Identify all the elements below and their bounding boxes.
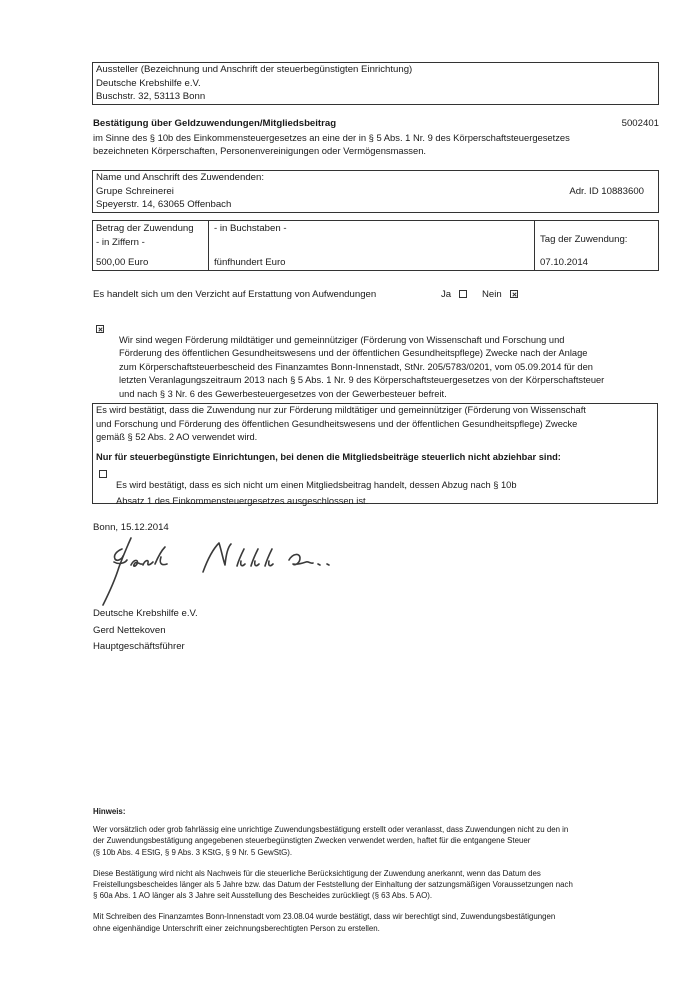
note-line: Mit Schreiben des Finanzamtes Bonn-Innen… xyxy=(93,911,663,922)
waiver-yes: Ja xyxy=(441,288,467,302)
membership-heading: Nur für steuerbegünstigte Einrichtungen,… xyxy=(96,451,657,465)
exemption-section: Wir sind wegen Förderung mildtätiger und… xyxy=(96,320,660,401)
issuer-address: Buschstr. 32, 53113 Bonn xyxy=(96,90,658,104)
note-line: der Zuwendungsbestätigung angegebenen st… xyxy=(93,835,663,846)
note-paragraph: Diese Bestätigung wird nicht als Nachwei… xyxy=(93,868,663,902)
amount-words-label: - in Buchstaben - xyxy=(214,222,287,236)
note-line: Freistellungsbescheides länger als 5 Jah… xyxy=(93,879,663,890)
note-line: § 60a Abs. 1 AO länger als 3 Jahre seit … xyxy=(93,890,663,901)
signature-organization: Deutsche Krebshilfe e.V. xyxy=(93,607,198,621)
exemption-checkbox[interactable] xyxy=(96,325,104,333)
signer-name: Gerd Nettekoven xyxy=(93,624,198,638)
donation-date-value: 07.10.2014 xyxy=(540,256,588,270)
column-divider xyxy=(208,221,209,270)
issuer-box: Aussteller (Bezeichnung und Anschrift de… xyxy=(92,62,659,105)
issuer-label: Aussteller (Bezeichnung und Anschrift de… xyxy=(96,63,658,77)
donor-label: Name und Anschrift des Zuwendenden: xyxy=(96,171,658,185)
waiver-no: Nein xyxy=(482,288,518,302)
waiver-no-label: Nein xyxy=(482,289,502,300)
donor-address-id: Adr. ID 10883600 xyxy=(569,185,644,199)
exemption-line: Wir sind wegen Förderung mildtätiger und… xyxy=(119,334,660,348)
exemption-line: letzten Veranlagungszeitraum 2013 nach §… xyxy=(119,374,660,388)
notes-heading: Hinweis: xyxy=(93,806,663,817)
heading-line-2: bezeichneten Körperschaften, Personenver… xyxy=(93,144,659,158)
exemption-line: zum Körperschaftsteuerbescheid des Finan… xyxy=(119,361,660,375)
signature-block: Deutsche Krebshilfe e.V. Gerd Nettekoven… xyxy=(93,607,198,654)
document-title: Bestätigung über Geldzuwendungen/Mitglie… xyxy=(93,117,659,131)
donor-address: Speyerstr. 14, 63065 Offenbach xyxy=(96,198,658,212)
exemption-line: Förderung des öffentlichen Gesundheitswe… xyxy=(119,347,660,361)
exemption-line: und nach § 3 Nr. 6 des Gewerbesteuergese… xyxy=(119,388,660,402)
donor-box: Name und Anschrift des Zuwendenden: Grup… xyxy=(92,170,659,213)
signer-role: Hauptgeschäftsführer xyxy=(93,640,198,654)
confirmation-line: und Forschung und Förderung des öffentli… xyxy=(96,418,657,432)
amount-digits-label-2: - in Ziffern - xyxy=(96,236,194,250)
note-line: Diese Bestätigung wird nicht als Nachwei… xyxy=(93,868,663,879)
place-date: Bonn, 15.12.2014 xyxy=(93,521,169,535)
confirmation-line: Es wird bestätigt, dass die Zuwendung nu… xyxy=(96,404,657,418)
note-paragraph: Wer vorsätzlich oder grob fahrlässig ein… xyxy=(93,824,663,858)
waiver-text: Es handelt sich um den Verzicht auf Erst… xyxy=(93,288,659,302)
amount-digits-label-1: Betrag der Zuwendung xyxy=(96,222,194,236)
amount-words-value: fünfhundert Euro xyxy=(214,256,285,270)
note-line: Wer vorsätzlich oder grob fahrlässig ein… xyxy=(93,824,663,835)
membership-line: Es wird bestätigt, dass es sich nicht um… xyxy=(116,479,657,493)
amount-digits-value: 500,00 Euro xyxy=(96,256,148,270)
handwritten-signature xyxy=(95,535,345,610)
note-line: (§ 10b Abs. 4 EStG, § 9 Abs. 3 KStG, § 9… xyxy=(93,847,663,858)
waiver-yes-label: Ja xyxy=(441,289,451,300)
confirmation-line: gemäß § 52 Abs. 2 AO verwendet wird. xyxy=(96,431,657,445)
note-paragraph: Mit Schreiben des Finanzamtes Bonn-Innen… xyxy=(93,911,663,933)
amount-table: Betrag der Zuwendung - in Ziffern - 500,… xyxy=(92,220,659,271)
issuer-name: Deutsche Krebshilfe e.V. xyxy=(96,77,658,91)
note-line: ohne eigenhändige Unterschrift einer zei… xyxy=(93,923,663,934)
waiver-yes-checkbox[interactable] xyxy=(459,290,467,298)
notes-section: Hinweis: Wer vorsätzlich oder grob fahrl… xyxy=(93,806,663,934)
donation-date-label: Tag der Zuwendung: xyxy=(540,233,627,247)
heading-line-1: im Sinne des § 10b des Einkommensteuerge… xyxy=(93,131,659,145)
document-heading: Bestätigung über Geldzuwendungen/Mitglie… xyxy=(93,117,659,158)
column-divider xyxy=(534,221,535,270)
form-number: 5002401 xyxy=(622,117,659,131)
confirmation-box: Es wird bestätigt, dass die Zuwendung nu… xyxy=(92,403,658,504)
amount-digits-cell: Betrag der Zuwendung - in Ziffern - xyxy=(96,222,194,249)
waiver-no-checkbox[interactable] xyxy=(510,290,518,298)
membership-checkbox[interactable] xyxy=(99,470,107,478)
waiver-row: Es handelt sich um den Verzicht auf Erst… xyxy=(93,288,659,302)
membership-line: Absatz 1 des Einkommensteuergesetzes aus… xyxy=(116,495,657,509)
